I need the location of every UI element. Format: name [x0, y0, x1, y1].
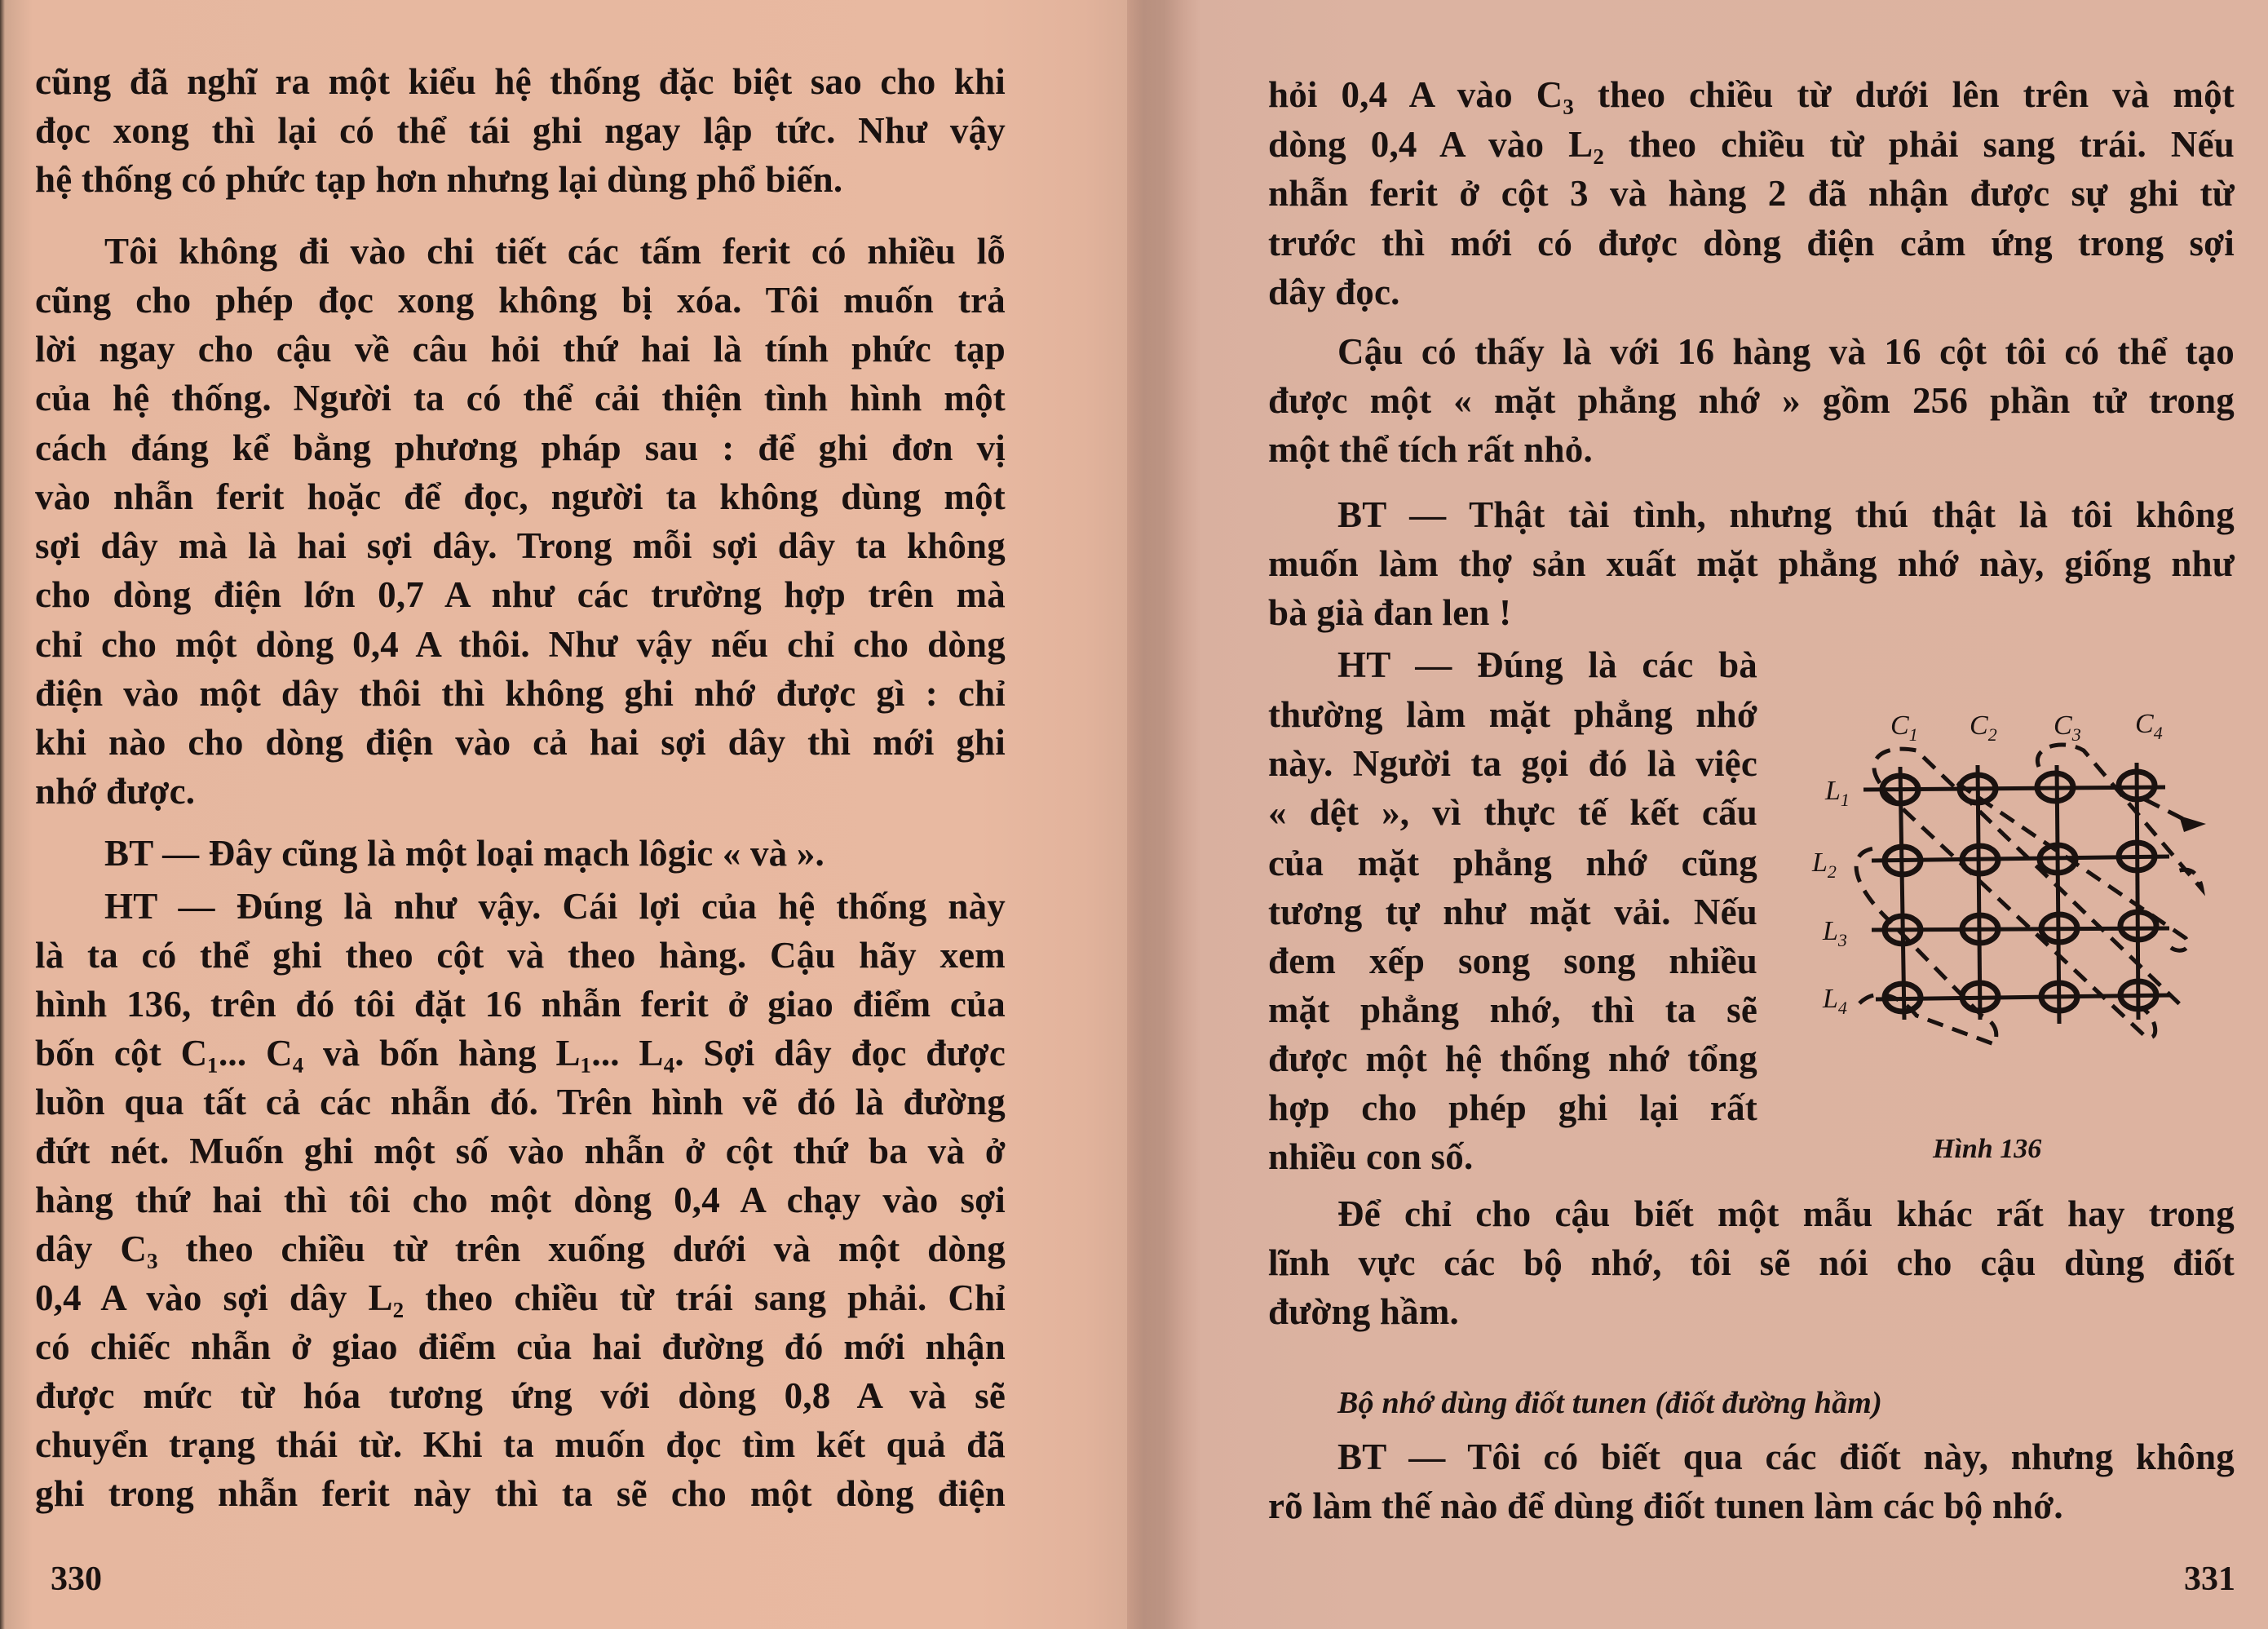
text-line: hệ thống có phức tạp hơn nhưng lại dùng … [35, 157, 1006, 202]
text-line: là ta có thể ghi theo cột và theo hàng. … [35, 932, 1006, 978]
text-line: cũng cho phép đọc xong không bị xóa. Tôi… [35, 277, 1006, 323]
text-line: Cậu có thấy là với 16 hàng và 16 cột tôi… [1337, 329, 2235, 374]
text-line: muốn làm thợ sản xuất mặt phẳng nhớ này,… [1268, 541, 2235, 587]
text-line: Để chỉ cho cậu biết một mẫu khác rất hay… [1337, 1191, 2235, 1237]
section-heading: Bộ nhớ dùng điốt tunen (điốt đường hầm) [1337, 1380, 2235, 1426]
text-line: dòng 0,4 A vào L₂ theo chiều từ phải san… [1268, 122, 2235, 167]
label-c1: C1 [1890, 710, 1918, 745]
text-line: bốn cột C₁... C₄ và bốn hàng L₁... L₄. S… [35, 1030, 1006, 1076]
book-gutter [1127, 0, 1200, 1629]
text-line: lời ngay cho cậu về câu hỏi thứ hai là t… [35, 326, 1006, 372]
text-line: hình 136, trên đó tôi đặt 16 nhẫn ferit … [35, 981, 1006, 1027]
text-line: đọc xong thì lại có thể tái ghi ngay lập… [35, 108, 1006, 153]
label-l3: L3 [1822, 916, 1847, 950]
text-line: luồn qua tất cả các nhẫn đó. Trên hình v… [35, 1079, 1006, 1125]
text-line: điện vào một dây thôi thì không ghi nhớ … [35, 671, 1006, 716]
text-line: ghi trong nhẫn ferit này thì ta sẽ cho m… [35, 1471, 1006, 1516]
label-c4: C4 [2135, 709, 2163, 743]
figure-caption: Hình 136 [1933, 1134, 2041, 1165]
label-l2: L2 [1811, 848, 1837, 882]
text-line: hàng thứ hai thì tôi cho một dòng 0,4 A … [35, 1177, 1006, 1223]
label-c2: C2 [1970, 710, 1997, 745]
text-line: của hệ thống. Người ta có thể cải thiện … [35, 375, 1006, 421]
label-l1: L1 [1824, 776, 1850, 810]
text-line: bà già đan len ! [1268, 590, 2235, 635]
text-line: lĩnh vực các bộ nhớ, tôi sẽ nói cho cậu … [1268, 1240, 2235, 1286]
text-line: rõ làm thế nào để dùng điốt tunen làm cá… [1268, 1483, 2235, 1529]
text-line: mặt phẳng nhớ, thì ta sẽ [1268, 987, 1757, 1033]
text-line: một thể tích rất nhỏ. [1268, 427, 2235, 472]
text-line: hỏi 0,4 A vào C₃ theo chiều từ dưới lên … [1268, 72, 2235, 117]
text-line: cũng đã nghĩ ra một kiểu hệ thống đặc bi… [35, 59, 1006, 104]
text-line: BT — Đây cũng là một loại mạch lôgic « v… [104, 830, 1006, 876]
text-line: chỉ cho một dòng 0,4 A thôi. Như vậy nếu… [35, 622, 1006, 667]
text-line: 0,4 A vào sợi dây L₂ theo chiều từ trái … [35, 1275, 1006, 1321]
text-line: được một « mặt phẳng nhớ » gồm 256 phần … [1268, 378, 2235, 423]
text-line: được một hệ thống nhớ tổng [1268, 1036, 1757, 1082]
text-line: cách đáng kể bằng phương pháp sau : để g… [35, 425, 1006, 471]
text-line: đem xếp song song nhiều [1268, 938, 1757, 984]
text-line: BT — Thật tài tình, nhưng thú thật là tô… [1337, 492, 2235, 538]
text-line: HT — Đúng là như vậy. Cái lợi của hệ thố… [104, 883, 1006, 929]
label-c3: C3 [2054, 710, 2081, 745]
text-line: được mức từ hóa tương ứng với dòng 0,8 A… [35, 1373, 1006, 1419]
text-line: thường làm mặt phẳng nhớ [1268, 692, 1757, 737]
text-line: nhiều con số. [1268, 1134, 1757, 1180]
text-line: chuyển trạng thái từ. Khi ta muốn đọc tì… [35, 1422, 1006, 1467]
text-line: HT — Đúng là các bà [1337, 642, 1757, 688]
text-line: dây C₃ theo chiều từ trên xuống dưới và … [35, 1226, 1006, 1272]
text-line: hợp cho phép ghi lại rất [1268, 1085, 1757, 1131]
page-number-left: 330 [51, 1560, 102, 1599]
text-line: của mặt phẳng nhớ cũng [1268, 840, 1757, 886]
text-line: khi nào cho dòng điện vào cả hai sợi dây… [35, 719, 1006, 765]
text-line: dây đọc. [1268, 269, 2235, 315]
text-line: BT — Tôi có biết qua các điốt này, nhưng… [1337, 1434, 2235, 1480]
ferrite-core-grid-figure: C1 C2 C3 C4 L1 L2 L3 L4 [1794, 693, 2218, 1166]
text-line: « dệt », vì thực tế kết cấu [1268, 790, 1757, 835]
text-line: trước thì mới có được dòng điện cảm ứng … [1268, 220, 2235, 266]
text-line: đứt nét. Muốn ghi một số vào nhẫn ở cột … [35, 1128, 1006, 1174]
text-line: Tôi không đi vào chi tiết các tấm ferit … [104, 228, 1006, 274]
text-line: sợi dây mà là hai sợi dây. Trong mỗi sợi… [35, 523, 1006, 569]
text-line: vào nhẫn ferit hoặc để đọc, người ta khô… [35, 474, 1006, 520]
text-line: có chiếc nhẫn ở giao điểm của hai đường … [35, 1324, 1006, 1370]
arrow-icon [2179, 816, 2206, 832]
text-line: nhẫn ferit ở cột 3 và hàng 2 đã nhận đượ… [1268, 170, 2235, 216]
text-line: này. Người ta gọi đó là việc [1268, 741, 1757, 786]
text-line: cho dòng điện lớn 0,7 A như các trường h… [35, 572, 1006, 618]
text-line: tương tự như mặt vải. Nếu [1268, 889, 1757, 935]
page-number-right: 331 [2184, 1560, 2235, 1599]
text-line: đường hầm. [1268, 1289, 2235, 1335]
label-l4: L4 [1822, 984, 1847, 1018]
text-line: nhớ được. [35, 768, 1006, 814]
